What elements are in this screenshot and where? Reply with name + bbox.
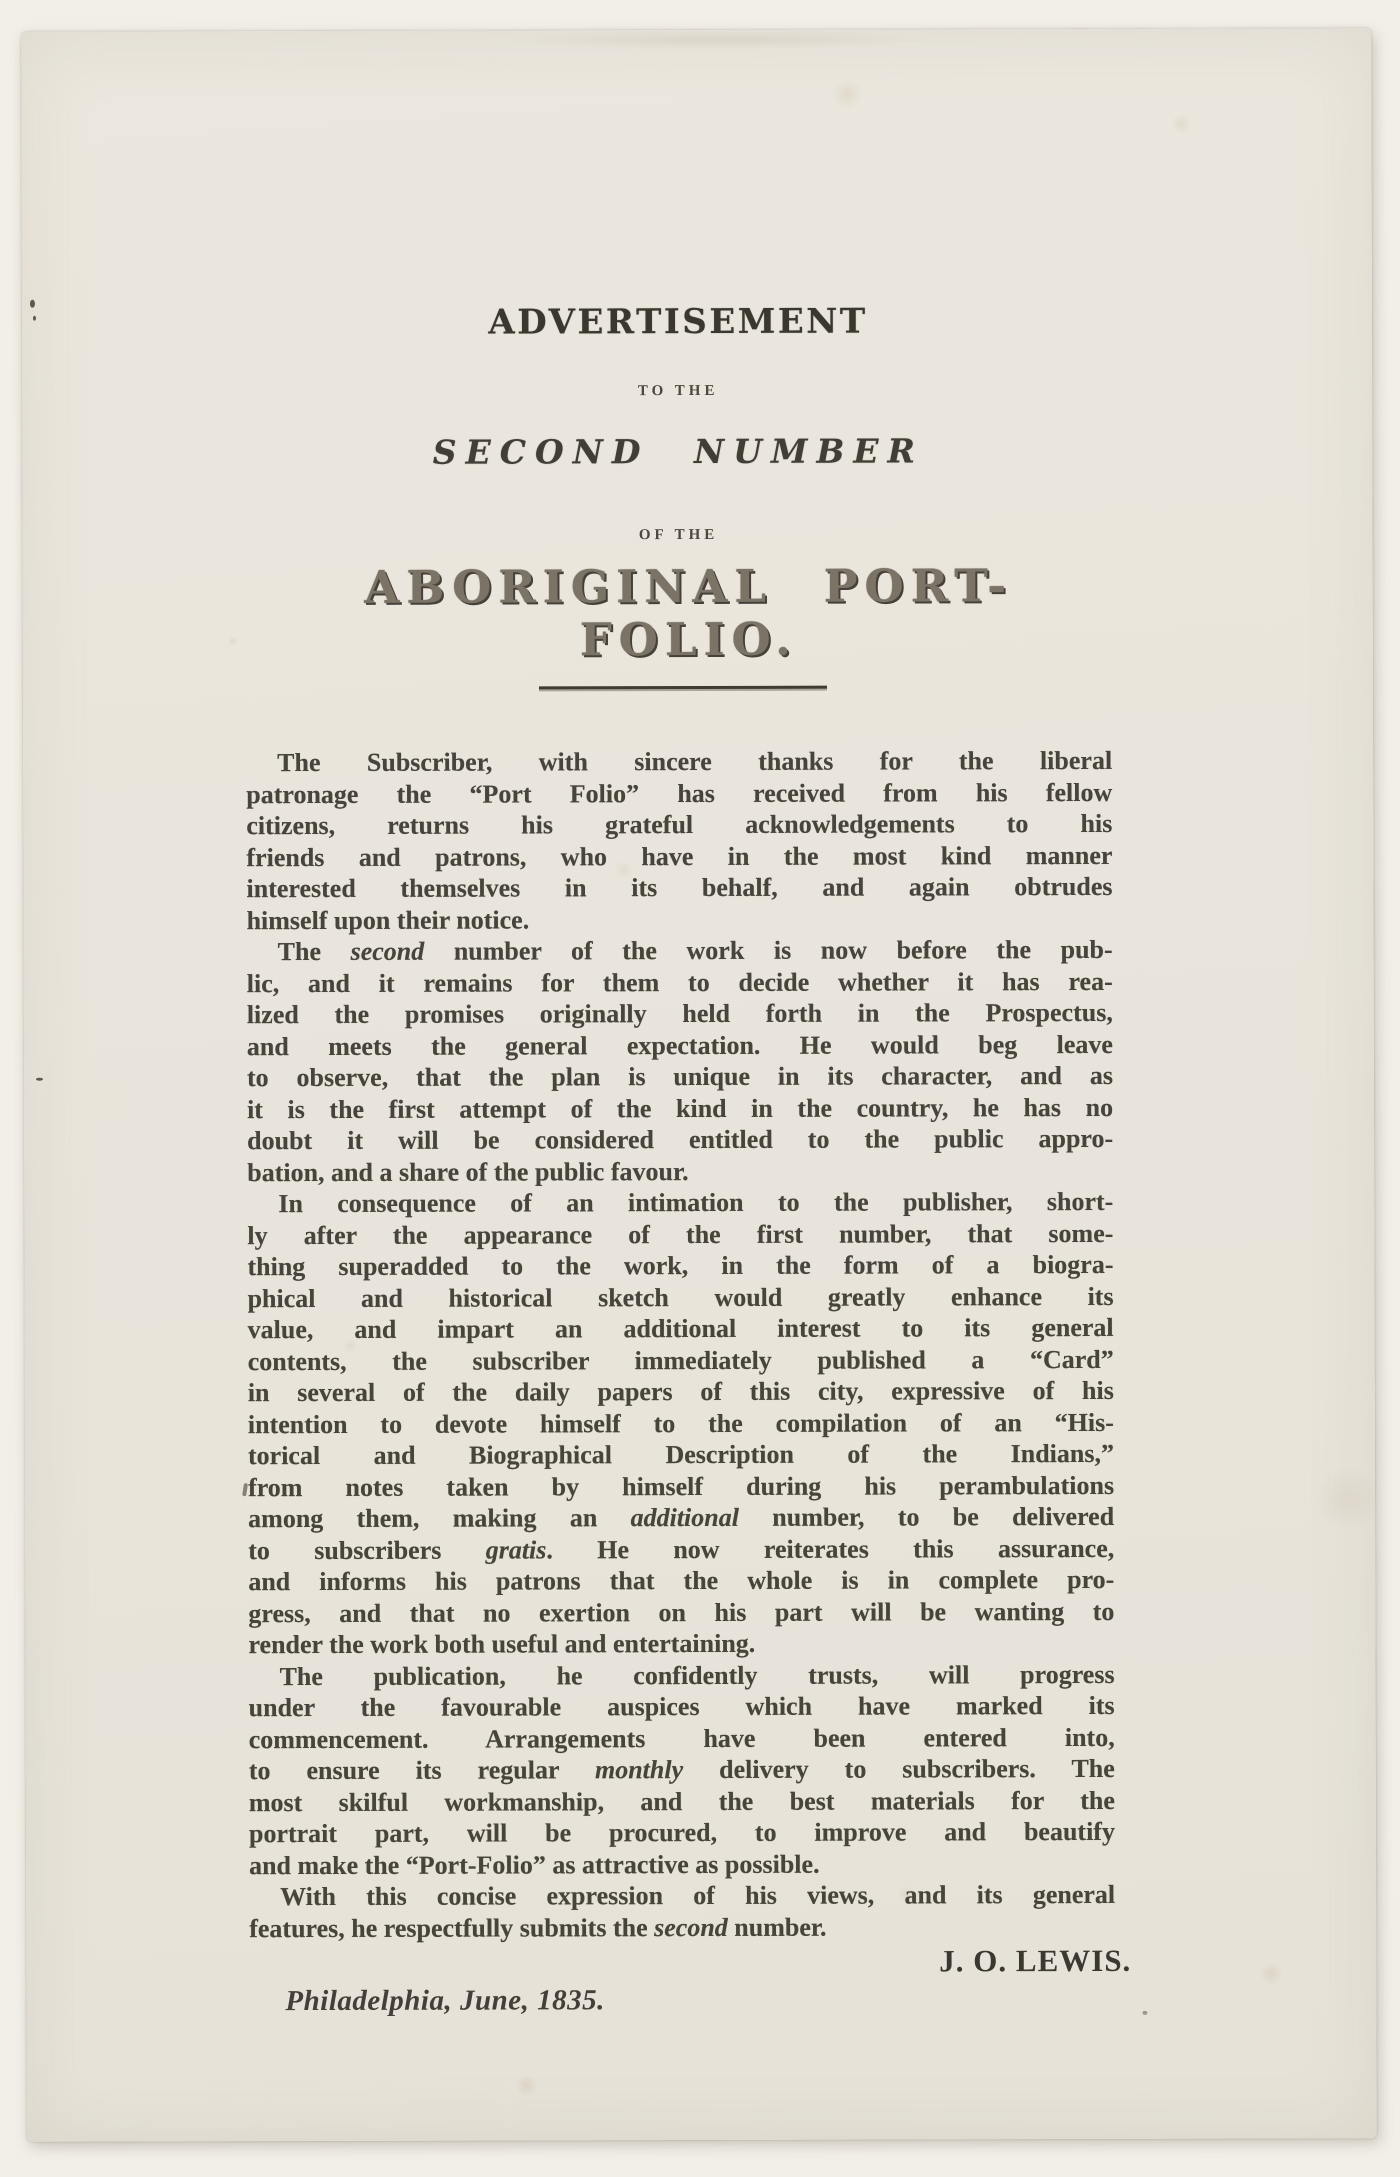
text-line: doubt it will be considered entitled to … <box>247 1123 1113 1157</box>
text-line: patronage the “Port Folio” has received … <box>246 776 1112 810</box>
text-line: lic, and it remains for them to decide w… <box>247 965 1113 999</box>
text-line: intention to devote himself to the compi… <box>248 1406 1114 1440</box>
paragraph: The second number of the work is now bef… <box>247 934 1114 1188</box>
text-line: from notes taken by himself during his p… <box>248 1469 1114 1503</box>
page-title: ADVERTISEMENT <box>245 301 1111 343</box>
main-title: ABORIGINAL PORT-FOLIO. <box>246 559 1122 667</box>
text-line: citizens, returns his grateful acknowled… <box>246 808 1112 842</box>
text-line: The Subscriber, with sincere thanks for … <box>246 745 1112 779</box>
paragraph: The publication, he confidently trusts, … <box>249 1658 1116 1881</box>
text-line: and informs his patrons that the whole i… <box>248 1564 1114 1598</box>
ink-blemish <box>1142 2011 1147 2015</box>
paper-edge-speck <box>30 300 35 308</box>
text-line: The publication, he confidently trusts, … <box>249 1658 1115 1692</box>
paragraph: The Subscriber, with sincere thanks for … <box>246 745 1112 936</box>
text-line: in several of the daily papers of this c… <box>248 1375 1114 1409</box>
text-line: With this concise expression of his view… <box>249 1879 1115 1913</box>
paragraph: In consequence of an intimation to the p… <box>247 1186 1114 1661</box>
text-line: it is the first attempt of the kind in t… <box>247 1091 1113 1125</box>
text-line: to ensure its regular monthly delivery t… <box>249 1753 1115 1787</box>
subtitle-of-the: OF THE <box>246 526 1112 545</box>
document-page: ADVERTISEMENT TO THE SECOND NUMBER OF TH… <box>21 28 1377 2142</box>
text-line: contents, the subscriber immediately pub… <box>248 1343 1114 1377</box>
text-line: to observe, that the plan is unique in i… <box>247 1060 1113 1094</box>
text-line: commencement. Arrangements have been ent… <box>249 1721 1115 1755</box>
text-line: friends and patrons, who have in the mos… <box>246 839 1112 873</box>
text-line: The second number of the work is now bef… <box>247 934 1113 968</box>
text-line: and meets the general expectation. He wo… <box>247 1028 1113 1062</box>
text-line: interested themselves in its behalf, and… <box>246 871 1112 905</box>
text-line: value, and impart an additional interest… <box>248 1312 1114 1346</box>
divider-rule <box>539 686 827 690</box>
text-line: portrait part, will be procured, to impr… <box>249 1816 1115 1850</box>
body-paragraphs: The Subscriber, with sincere thanks for … <box>246 745 1115 1944</box>
subtitle-second-number: SECOND NUMBER <box>245 431 1111 472</box>
text-line: under the favourable auspices which have… <box>249 1690 1115 1724</box>
text-line: In consequence of an intimation to the p… <box>247 1186 1113 1220</box>
text-line: render the work both useful and entertai… <box>248 1627 1114 1661</box>
text-line: features, he respectfully submits the se… <box>249 1910 1115 1944</box>
text-column: ADVERTISEMENT TO THE SECOND NUMBER OF TH… <box>244 29 1116 2141</box>
paper-edge-speck <box>33 316 36 321</box>
paper-edge-speck <box>36 1078 43 1081</box>
text-line: and make the “Port-Folio” as attractive … <box>249 1847 1115 1881</box>
text-line: phical and historical sketch would great… <box>248 1280 1114 1314</box>
text-line: lized the promises originally held forth… <box>247 997 1113 1031</box>
text-line: to subscribers gratis. He now reiterates… <box>248 1532 1114 1566</box>
text-line: gress, and that no exertion on his part … <box>248 1595 1114 1629</box>
text-line: ly after the appearance of the first num… <box>247 1217 1113 1251</box>
dateline: Philadelphia, June, 1835. <box>285 1983 1115 2018</box>
text-line: torical and Biographical Description of … <box>248 1438 1114 1472</box>
body-text: The Subscriber, with sincere thanks for … <box>246 745 1115 2018</box>
subtitle-to-the: TO THE <box>245 382 1111 401</box>
text-line: most skilful workmanship, and the best m… <box>249 1784 1115 1818</box>
text-line: bation, and a share of the public favour… <box>247 1154 1113 1188</box>
text-line: thing superadded to the work, in the for… <box>247 1249 1113 1283</box>
signature: J. O. LEWIS. <box>249 1943 1131 1981</box>
paragraph: With this concise expression of his view… <box>249 1879 1115 1944</box>
text-line: among them, making an additional number,… <box>248 1501 1114 1535</box>
text-line: himself upon their notice. <box>247 902 1113 936</box>
